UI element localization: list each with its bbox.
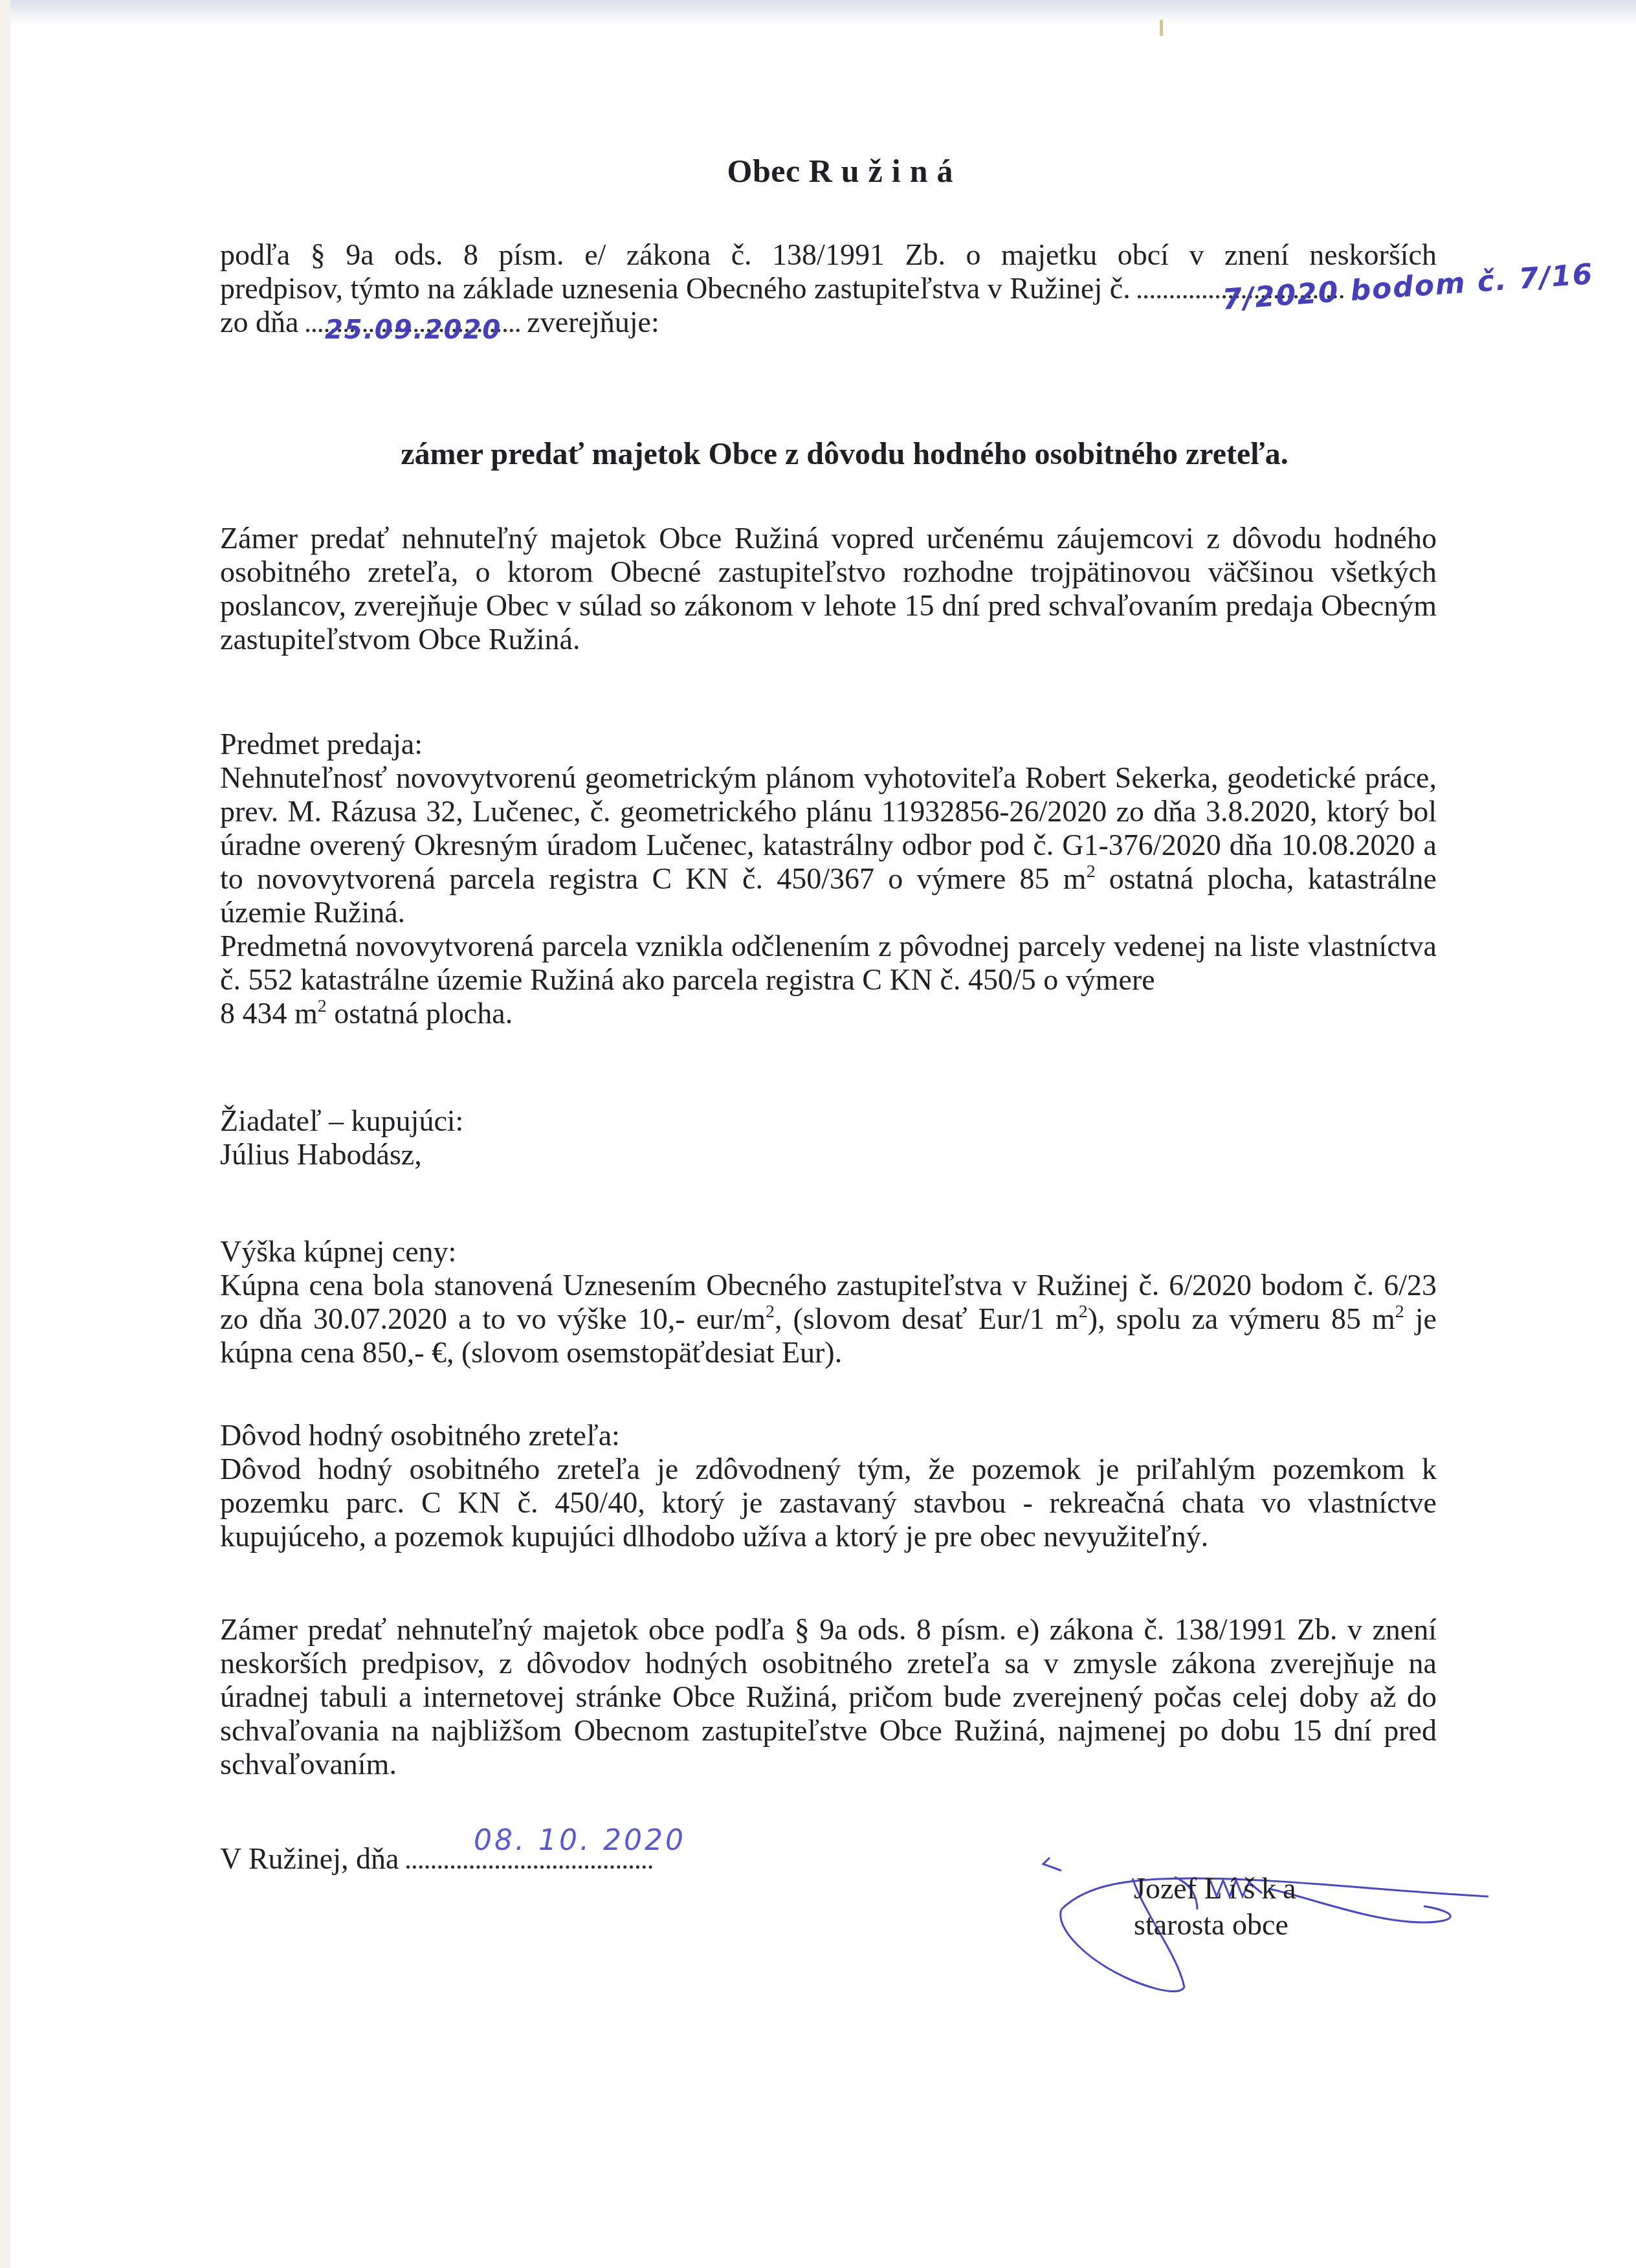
document-title: Obec Ružiná: [220, 154, 1469, 188]
subject-text-a: Nehnuteľnosť novovytvorenú geometrickým …: [220, 761, 1437, 929]
subject-label: Predmet predaja:: [220, 728, 1437, 761]
notice-heading: zámer predať majetok Obce z dôvodu hodné…: [220, 438, 1469, 471]
paragraph-intent: Zámer predať nehnuteľný majetok Obce Ruž…: [220, 522, 1437, 656]
handwritten-resolution-date: 25.09.2020: [325, 313, 502, 347]
reason-text: Dôvod hodný osobitného zreteľa je zdôvod…: [220, 1452, 1437, 1553]
reason-label: Dôvod hodný osobitného zreteľa:: [220, 1419, 1437, 1452]
scan-speck: [1160, 19, 1163, 36]
signatory-name: Jozef Líška: [1134, 1871, 1303, 1907]
section-subject: Predmet predaja: Nehnuteľnosť novovytvor…: [220, 728, 1437, 1030]
price-text: Kúpna cena bola stanovená Uznesením Obec…: [220, 1269, 1437, 1370]
applicant-label: Žiadateľ – kupujúci:: [220, 1104, 1437, 1138]
section-reason: Dôvod hodný osobitného zreteľa: Dôvod ho…: [220, 1419, 1437, 1553]
subject-text-b: Predmetná novovytvorená parcela vznikla …: [220, 929, 1437, 997]
scan-edge-top: [0, 0, 1636, 26]
applicant-name: Július Habodász,: [220, 1138, 1437, 1172]
price-label: Výška kúpnej ceny:: [220, 1235, 1437, 1269]
subject-text-b2: 8 434 m2 ostatná plocha.: [220, 997, 1437, 1030]
handwritten-place-date: 08. 10. 2020: [474, 1824, 686, 1858]
section-applicant: Žiadateľ – kupujúci: Július Habodász,: [220, 1104, 1437, 1172]
title-prefix: Obec: [727, 153, 801, 189]
closing-paragraph: Zámer predať nehnuteľný majetok obce pod…: [220, 1613, 1437, 1781]
section-price: Výška kúpnej ceny: Kúpna cena bola stano…: [220, 1235, 1437, 1370]
title-municipality: Ružiná: [809, 153, 962, 189]
intro-line-1: podľa § 9a ods. 8 písm. e/ zákona č. 138…: [220, 238, 1437, 272]
signatory-role: starosta obce: [1134, 1907, 1303, 1943]
place-date-prefix: V Ružinej, dňa: [220, 1842, 399, 1875]
scan-edge-left: [0, 0, 10, 2268]
signatory-block: Jozef Líška starosta obce: [1134, 1871, 1303, 1943]
